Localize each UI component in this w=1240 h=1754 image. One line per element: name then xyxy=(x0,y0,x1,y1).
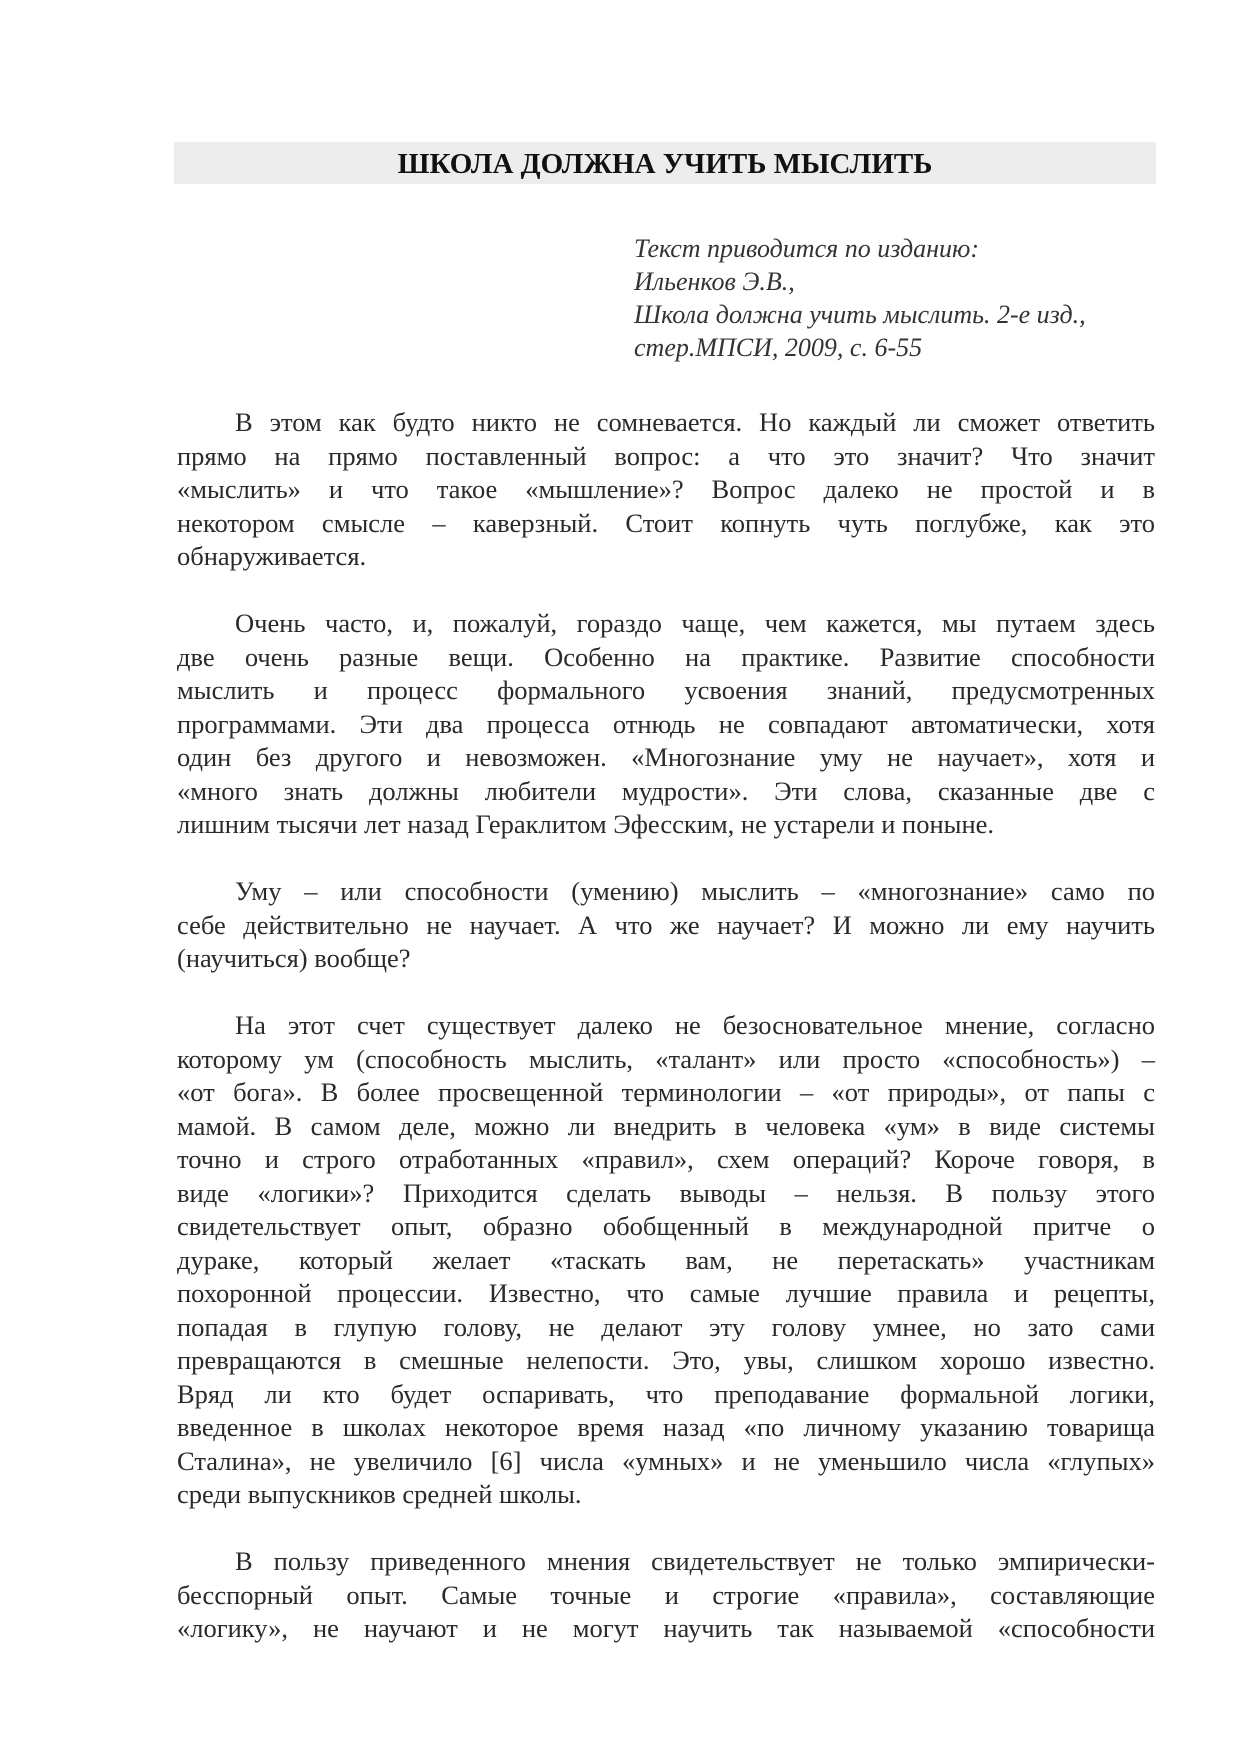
text-line: На этот счет существует далеко не безосн… xyxy=(177,1009,1155,1043)
paragraph-5: В пользу приведенного мнения свидетельст… xyxy=(177,1545,1155,1646)
text-line: виде «логики»? Приходится сделать выводы… xyxy=(177,1177,1155,1211)
text-line: прямо на прямо поставленный вопрос: а чт… xyxy=(177,440,1155,474)
text-line: (научиться) вообще? xyxy=(177,942,1155,976)
text-line: один без другого и невозможен. «Многозна… xyxy=(177,741,1155,775)
text-line: Сталина», не увеличило [6] числа «умных»… xyxy=(177,1445,1155,1479)
text-line: Уму – или способности (умению) мыслить –… xyxy=(177,875,1155,909)
source-line: Текст приводится по изданию: xyxy=(634,232,1154,265)
text-line: «логику», не научают и не могут научить … xyxy=(177,1612,1155,1646)
text-line: две очень разные вещи. Особенно на практ… xyxy=(177,641,1155,675)
text-line: «много знать должны любители мудрости». … xyxy=(177,775,1155,809)
text-line: введенное в школах некоторое время назад… xyxy=(177,1411,1155,1445)
text-line: «мыслить» и что такое «мышление»? Вопрос… xyxy=(177,473,1155,507)
text-line: среди выпускников средней школы. xyxy=(177,1478,1155,1512)
source-line: Ильенков Э.В., xyxy=(634,265,1154,298)
text-line: В пользу приведенного мнения свидетельст… xyxy=(177,1545,1155,1579)
paragraph-3: Уму – или способности (умению) мыслить –… xyxy=(177,875,1155,976)
text-line: В этом как будто никто не сомневается. Н… xyxy=(177,406,1155,440)
source-line: Школа должна учить мыслить. 2-е изд., xyxy=(634,298,1154,331)
text-line: программами. Эти два процесса отнюдь не … xyxy=(177,708,1155,742)
text-line: лишним тысячи лет назад Гераклитом Эфесс… xyxy=(177,808,1155,842)
paragraph-2: Очень часто, и, пожалуй, гораздо чаще, ч… xyxy=(177,607,1155,842)
paragraph-4: На этот счет существует далеко не безосн… xyxy=(177,1009,1155,1512)
text-line: некотором смысле – каверзный. Стоит копн… xyxy=(177,507,1155,541)
text-line: Вряд ли кто будет оспаривать, что препод… xyxy=(177,1378,1155,1412)
text-line: себе действительно не научает. А что же … xyxy=(177,909,1155,943)
text-line: свидетельствует опыт, образно обобщенный… xyxy=(177,1210,1155,1244)
document-page: ШКОЛА ДОЛЖНА УЧИТЬ МЫСЛИТЬ Текст приводи… xyxy=(0,0,1240,1754)
text-line: обнаруживается. xyxy=(177,540,1155,574)
text-line: попадая в глупую голову, не делают эту г… xyxy=(177,1311,1155,1345)
text-line: мыслить и процесс формального усвоения з… xyxy=(177,674,1155,708)
text-line: дураке, который желает «таскать вам, не … xyxy=(177,1244,1155,1278)
text-line: «от бога». В более просвещенной терминол… xyxy=(177,1076,1155,1110)
text-line: мамой. В самом деле, можно ли внедрить в… xyxy=(177,1110,1155,1144)
text-line: бесспорный опыт. Самые точные и строгие … xyxy=(177,1579,1155,1613)
text-line: похоронной процессии. Известно, что самы… xyxy=(177,1277,1155,1311)
source-line: стер.МПСИ, 2009, с. 6-55 xyxy=(634,331,1154,364)
document-title: ШКОЛА ДОЛЖНА УЧИТЬ МЫСЛИТЬ xyxy=(174,142,1156,184)
text-line: Очень часто, и, пожалуй, гораздо чаще, ч… xyxy=(177,607,1155,641)
text-line: точно и строго отработанных «правил», сх… xyxy=(177,1143,1155,1177)
body-text: В этом как будто никто не сомневается. Н… xyxy=(177,406,1155,1679)
text-line: превращаются в смешные нелепости. Это, у… xyxy=(177,1344,1155,1378)
paragraph-1: В этом как будто никто не сомневается. Н… xyxy=(177,406,1155,574)
text-line: которому ум (способность мыслить, «талан… xyxy=(177,1043,1155,1077)
source-citation: Текст приводится по изданию: Ильенков Э.… xyxy=(634,232,1154,364)
